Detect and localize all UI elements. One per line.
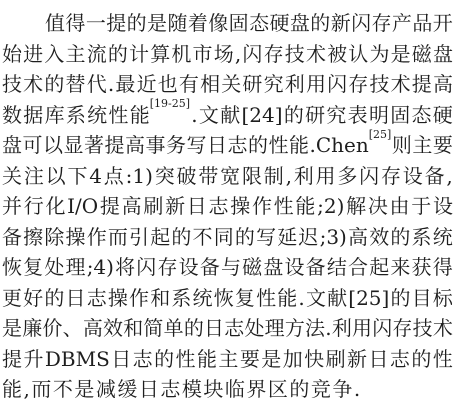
text-unit: 志: [133, 349, 153, 369]
text-unit: 固: [229, 13, 249, 33]
text-unit: 机: [171, 44, 191, 64]
text-unit: 同: [214, 227, 234, 247]
text-unit: 块: [203, 379, 223, 399]
text-unit: 存: [157, 257, 177, 277]
text-unit: 高: [122, 196, 142, 216]
text-unit: 场: [214, 44, 234, 64]
text-unit: 流: [87, 44, 107, 64]
text-line: 恢复处理;4)将闪存设备与磁盘设备结合起来获得: [2, 252, 453, 283]
text-unit: 用: [306, 74, 326, 94]
text-unit: 操: [108, 288, 128, 308]
text-unit: :1): [126, 166, 153, 186]
text-unit: 主: [218, 349, 238, 369]
text-unit: 争: [332, 379, 352, 399]
text-unit: 临: [225, 379, 245, 399]
text-unit: 好: [23, 288, 43, 308]
text-unit: 性: [433, 349, 453, 369]
text-unit: 值: [45, 13, 65, 33]
text-unit: 加: [283, 349, 303, 369]
text-unit: 像: [208, 13, 228, 33]
document-page: 值得一提的是随着像固态硬盘的新闪存产品开始进入主流的计算机市场,闪存技术被认为是…: [0, 0, 455, 406]
text-unit: 的: [289, 379, 309, 399]
text-unit: 简: [143, 318, 163, 338]
text-unit: 的: [284, 105, 304, 125]
text-unit: 作: [87, 227, 107, 247]
text-unit: 显: [64, 135, 84, 155]
text-unit: ;3): [320, 227, 347, 247]
text-unit: 是: [261, 349, 281, 369]
text-unit: 闪: [327, 74, 347, 94]
text-unit: 志: [390, 349, 410, 369]
text-line: 关注以下4点:1)突破带宽限制,利用多闪存设备,: [2, 161, 453, 192]
text-unit: 的: [411, 349, 431, 369]
text-line: 更好的日志操作和系统恢复性能.文献[25]的目标: [2, 283, 453, 314]
text-line: 值得一提的是随着像固态硬盘的新闪存产品开: [2, 8, 453, 39]
text-unit: 恢: [2, 257, 22, 277]
text-unit: 以: [46, 166, 66, 186]
text-unit: 的: [44, 74, 64, 94]
text-unit: 存: [348, 74, 368, 94]
text-unit: 研: [305, 105, 325, 125]
text-line: 能,而不是减缓日志模块临界区的竞争.: [2, 374, 453, 405]
text-line: 提升DBMS日志的性能主要是加快刷新日志的性: [2, 344, 453, 375]
text-unit: 术: [306, 44, 326, 64]
text-unit: 方: [285, 318, 305, 338]
text-unit: 不: [53, 379, 73, 399]
text-unit: 擦: [23, 227, 43, 247]
text-unit: 算: [150, 44, 170, 64]
text-unit: 硬: [269, 13, 289, 33]
text-unit: 日: [139, 379, 159, 399]
text-unit: 备: [200, 257, 220, 277]
text-unit: 法: [305, 318, 325, 338]
text-unit: 志: [224, 318, 244, 338]
text-unit: 突: [155, 166, 175, 186]
text-unit: 库: [45, 105, 65, 125]
text-unit: 与: [221, 257, 241, 277]
text-unit: 处: [44, 257, 64, 277]
text-unit: 盘: [290, 13, 310, 33]
text-unit: 为: [369, 44, 389, 64]
text-unit: 升: [23, 349, 43, 369]
text-unit: 和: [123, 318, 143, 338]
text-unit: 带: [198, 166, 218, 186]
text-unit: 引: [129, 227, 149, 247]
text-unit: 点: [104, 166, 124, 186]
text-unit: 解: [346, 196, 366, 216]
text-line: 是廉价、高效和简单的日志处理方法.利用闪存技术: [2, 313, 453, 344]
text-unit: 行: [24, 196, 44, 216]
text-unit: 新: [165, 196, 185, 216]
text-unit: 统: [433, 227, 453, 247]
text-unit: 刷: [143, 196, 163, 216]
text-unit: 市: [193, 44, 213, 64]
text-unit: 主: [66, 44, 86, 64]
text-unit: 来: [390, 257, 410, 277]
text-unit: 认: [348, 44, 368, 64]
text-unit: 4: [89, 166, 102, 186]
text-unit: 要: [433, 135, 453, 155]
text-unit: 表: [348, 105, 368, 125]
text-unit: 志: [160, 379, 180, 399]
text-unit: 要: [240, 349, 260, 369]
text-unit: 闪: [372, 318, 392, 338]
text-line: 数据库系统性能[19-25].文献[24]的研究表明固态硬: [2, 100, 453, 131]
text-unit: 备: [425, 166, 445, 186]
text-unit: 限: [242, 166, 262, 186]
text-unit: 磁: [242, 257, 262, 277]
text-unit: 用: [316, 166, 336, 186]
text-unit: ,: [286, 166, 292, 186]
text-unit: 不: [193, 227, 213, 247]
text-unit: 是: [147, 13, 167, 33]
text-unit: 能: [295, 196, 315, 216]
text-unit: 统: [87, 105, 107, 125]
text-unit: 开: [433, 13, 453, 33]
text-unit: 性: [274, 196, 294, 216]
text-unit: 下: [67, 166, 87, 186]
text-unit: 品: [412, 13, 432, 33]
text-unit: 效: [103, 318, 123, 338]
text-unit: 固: [390, 105, 410, 125]
text-unit: 日: [207, 135, 227, 155]
text-unit: 宽: [220, 166, 240, 186]
text-unit: 单: [164, 318, 184, 338]
text-unit: 闪: [136, 257, 156, 277]
text-unit: 系: [66, 105, 86, 125]
text-unit: 化: [45, 196, 65, 216]
text-unit: 的: [44, 288, 64, 308]
text-unit: ,: [24, 379, 30, 399]
text-unit: 于: [411, 196, 431, 216]
text-unit: 也: [158, 74, 178, 94]
text-unit: 志: [228, 135, 248, 155]
text-unit: 决: [368, 196, 388, 216]
text-unit: 存: [381, 166, 401, 186]
text-unit: 近: [137, 74, 157, 94]
citation-superscript: [25]: [369, 128, 392, 141]
text-unit: [25]: [348, 288, 389, 308]
text-unit: ;4): [87, 257, 114, 277]
text-unit: 高: [348, 227, 368, 247]
text-unit: 起: [150, 227, 170, 247]
text-unit: 提: [2, 349, 22, 369]
text-unit: 竞: [311, 379, 331, 399]
text-unit: 性: [176, 349, 196, 369]
text-unit: 据: [23, 105, 43, 125]
text-unit: .: [191, 105, 197, 125]
text-unit: 提: [106, 13, 126, 33]
citation-superscript: [19-25]: [150, 97, 190, 110]
text-unit: 利: [285, 74, 305, 94]
text-unit: 快: [304, 349, 324, 369]
text-unit: 产: [392, 13, 412, 33]
text-unit: 硬: [433, 105, 453, 125]
text-line: 技术的替代.最近也有相关研究利用闪存技术提高: [2, 69, 453, 100]
text-unit: 得: [433, 257, 453, 277]
text-unit: 得: [65, 13, 85, 33]
text-unit: 标: [433, 288, 453, 308]
text-unit: 盘: [263, 257, 283, 277]
text-unit: 事: [146, 135, 166, 155]
text-unit: 界: [246, 379, 266, 399]
text-unit: 代: [87, 74, 107, 94]
text-unit: 和: [150, 288, 170, 308]
text-unit: 理: [66, 257, 86, 277]
text-unit: 日: [187, 196, 207, 216]
text-unit: 作: [252, 196, 272, 216]
text-unit: 系: [171, 288, 191, 308]
text-unit: 闪: [359, 166, 379, 186]
text-unit: ;2): [317, 196, 344, 216]
text-unit: 文: [199, 105, 219, 125]
text-unit: 新: [347, 349, 367, 369]
text-unit: 模: [182, 379, 202, 399]
text-unit: 进: [23, 44, 43, 64]
text-unit: .: [325, 318, 331, 338]
text-unit: 由: [390, 196, 410, 216]
text-unit: 写: [256, 227, 276, 247]
text-unit: 而: [108, 227, 128, 247]
text-unit: 闪: [242, 44, 262, 64]
text-unit: 结: [327, 257, 347, 277]
text-unit: 能: [2, 379, 22, 399]
text-line: 备擦除操作而引起的不同的写延迟;3)高效的系统: [2, 222, 453, 253]
text-unit: 存: [264, 44, 284, 64]
text-unit: 操: [230, 196, 250, 216]
text-unit: 最: [115, 74, 135, 94]
text-unit: 设: [179, 257, 199, 277]
text-unit: 是: [391, 44, 411, 64]
text-unit: 理: [265, 318, 285, 338]
text-unit: .: [298, 288, 304, 308]
text-unit: 设: [403, 166, 423, 186]
text-unit: 提: [105, 135, 125, 155]
text-unit: 获: [412, 257, 432, 277]
text-unit: .: [354, 379, 360, 399]
text-unit: 明: [369, 105, 389, 125]
text-unit: 备: [306, 257, 326, 277]
text-unit: 是: [74, 379, 94, 399]
text-unit: 除: [44, 227, 64, 247]
text-unit: 刷: [326, 349, 346, 369]
text-unit: 态: [412, 105, 432, 125]
text-unit: 被: [327, 44, 347, 64]
text-unit: 的: [127, 13, 147, 33]
paragraph: 值得一提的是随着像固态硬盘的新闪存产品开始进入主流的计算机市场,闪存技术被认为是…: [2, 8, 453, 405]
text-unit: 并: [2, 196, 22, 216]
text-unit: 性: [256, 288, 276, 308]
text-unit: 术: [391, 74, 411, 94]
text-unit: 则: [392, 135, 412, 155]
text-unit: 始: [2, 44, 22, 64]
text-unit: [24]: [241, 105, 282, 125]
text-unit: 能: [197, 349, 217, 369]
text-unit: 日: [66, 288, 86, 308]
text-unit: 提: [100, 196, 120, 216]
text-unit: 日: [368, 349, 388, 369]
text-unit: 一: [86, 13, 106, 33]
text-unit: 的: [184, 318, 204, 338]
text-unit: 闪: [351, 13, 371, 33]
text-unit: 关: [221, 74, 241, 94]
text-unit: 目: [412, 288, 432, 308]
text-unit: 务: [166, 135, 186, 155]
text-unit: 文: [306, 288, 326, 308]
text-unit: .Chen[25]: [310, 135, 392, 155]
text-unit: 志: [209, 196, 229, 216]
text-unit: 性: [108, 105, 128, 125]
text-unit: 合: [348, 257, 368, 277]
text-unit: ,: [235, 44, 241, 64]
text-unit: 能[19-25]: [130, 105, 190, 125]
text-unit: 破: [177, 166, 197, 186]
text-unit: 减: [96, 379, 116, 399]
text-unit: 利: [294, 166, 314, 186]
text-unit: 写: [187, 135, 207, 155]
text-unit: 备: [2, 227, 22, 247]
text-unit: 新: [331, 13, 351, 33]
text-unit: 系: [412, 227, 432, 247]
text-unit: 效: [369, 227, 389, 247]
text-unit: 态: [249, 13, 269, 33]
text-unit: 的: [248, 135, 268, 155]
text-unit: I/O: [67, 196, 98, 216]
text-unit: 以: [43, 135, 63, 155]
text-unit: 存: [392, 318, 412, 338]
text-line: 始进入主流的计算机市场,闪存技术被认为是磁盘: [2, 39, 453, 70]
text-unit: 的: [171, 227, 191, 247]
text-unit: 的: [390, 227, 410, 247]
text-unit: 有: [179, 74, 199, 94]
text-unit: 更: [2, 288, 22, 308]
text-unit: 能: [277, 288, 297, 308]
text-unit: 着: [188, 13, 208, 33]
text-unit: 恢: [214, 288, 234, 308]
text-unit: .: [108, 74, 114, 94]
text-unit: 究: [264, 74, 284, 94]
text-unit: 注: [24, 166, 44, 186]
text-unit: 术: [433, 318, 453, 338]
text-unit: 磁: [412, 44, 432, 64]
text-unit: 统: [193, 288, 213, 308]
text-unit: 相: [200, 74, 220, 94]
text-unit: 献: [327, 288, 347, 308]
text-unit: 技: [285, 44, 305, 64]
text-unit: 技: [413, 318, 433, 338]
text-unit: 计: [129, 44, 149, 64]
text-unit: 数: [2, 105, 22, 125]
text-unit: 缓: [117, 379, 137, 399]
text-unit: 关: [2, 166, 22, 186]
text-unit: 迟: [298, 227, 318, 247]
text-line: 盘可以显著提高事务写日志的性能.Chen[25]则主要: [2, 130, 453, 161]
text-unit: 替: [66, 74, 86, 94]
text-unit: 区: [268, 379, 288, 399]
text-unit: 主: [412, 135, 432, 155]
text-unit: DBMS: [45, 349, 110, 369]
text-unit: 高: [125, 135, 145, 155]
text-unit: 作: [129, 288, 149, 308]
text-unit: 设: [433, 196, 453, 216]
text-unit: 提: [412, 74, 432, 94]
text-unit: 处: [244, 318, 264, 338]
text-unit: 是: [2, 318, 22, 338]
text-unit: 复: [235, 288, 255, 308]
text-unit: 而: [31, 379, 51, 399]
text-unit: 研: [242, 74, 262, 94]
text-unit: 技: [369, 74, 389, 94]
text-unit: 著: [84, 135, 104, 155]
text-unit: 用: [352, 318, 372, 338]
text-unit: 高: [433, 74, 453, 94]
text-unit: 将: [115, 257, 135, 277]
text-line: 并行化I/O提高刷新日志操作性能;2)解决由于设: [2, 191, 453, 222]
text-unit: 日: [111, 349, 131, 369]
text-unit: 多: [337, 166, 357, 186]
text-unit: 利: [332, 318, 352, 338]
text-unit: 日: [204, 318, 224, 338]
text-unit: 的: [154, 349, 174, 369]
text-unit: 设: [285, 257, 305, 277]
text-unit: 盘: [433, 44, 453, 64]
text-unit: 起: [369, 257, 389, 277]
text-unit: 献: [220, 105, 240, 125]
text-unit: 究: [326, 105, 346, 125]
text-unit: 、: [63, 318, 83, 338]
text-unit: 操: [66, 227, 86, 247]
text-unit: 制: [264, 166, 284, 186]
text-unit: 术: [23, 74, 43, 94]
text-unit: 性: [269, 135, 289, 155]
text-unit: 盘: [2, 135, 22, 155]
text-unit: 廉: [22, 318, 42, 338]
text-unit: 高: [83, 318, 103, 338]
text-unit: 志: [87, 288, 107, 308]
text-unit: 入: [44, 44, 64, 64]
text-unit: 技: [2, 74, 22, 94]
text-unit: 复: [23, 257, 43, 277]
text-unit: 的: [108, 44, 128, 64]
text-unit: 存: [372, 13, 392, 33]
text-unit: 延: [277, 227, 297, 247]
text-unit: 随: [167, 13, 187, 33]
text-unit: 可: [23, 135, 43, 155]
text-unit: ,: [446, 166, 452, 186]
text-unit: 的: [391, 288, 411, 308]
text-unit: 能: [289, 135, 309, 155]
text-unit: 价: [42, 318, 62, 338]
text-unit: 的: [310, 13, 330, 33]
text-unit: 的: [235, 227, 255, 247]
